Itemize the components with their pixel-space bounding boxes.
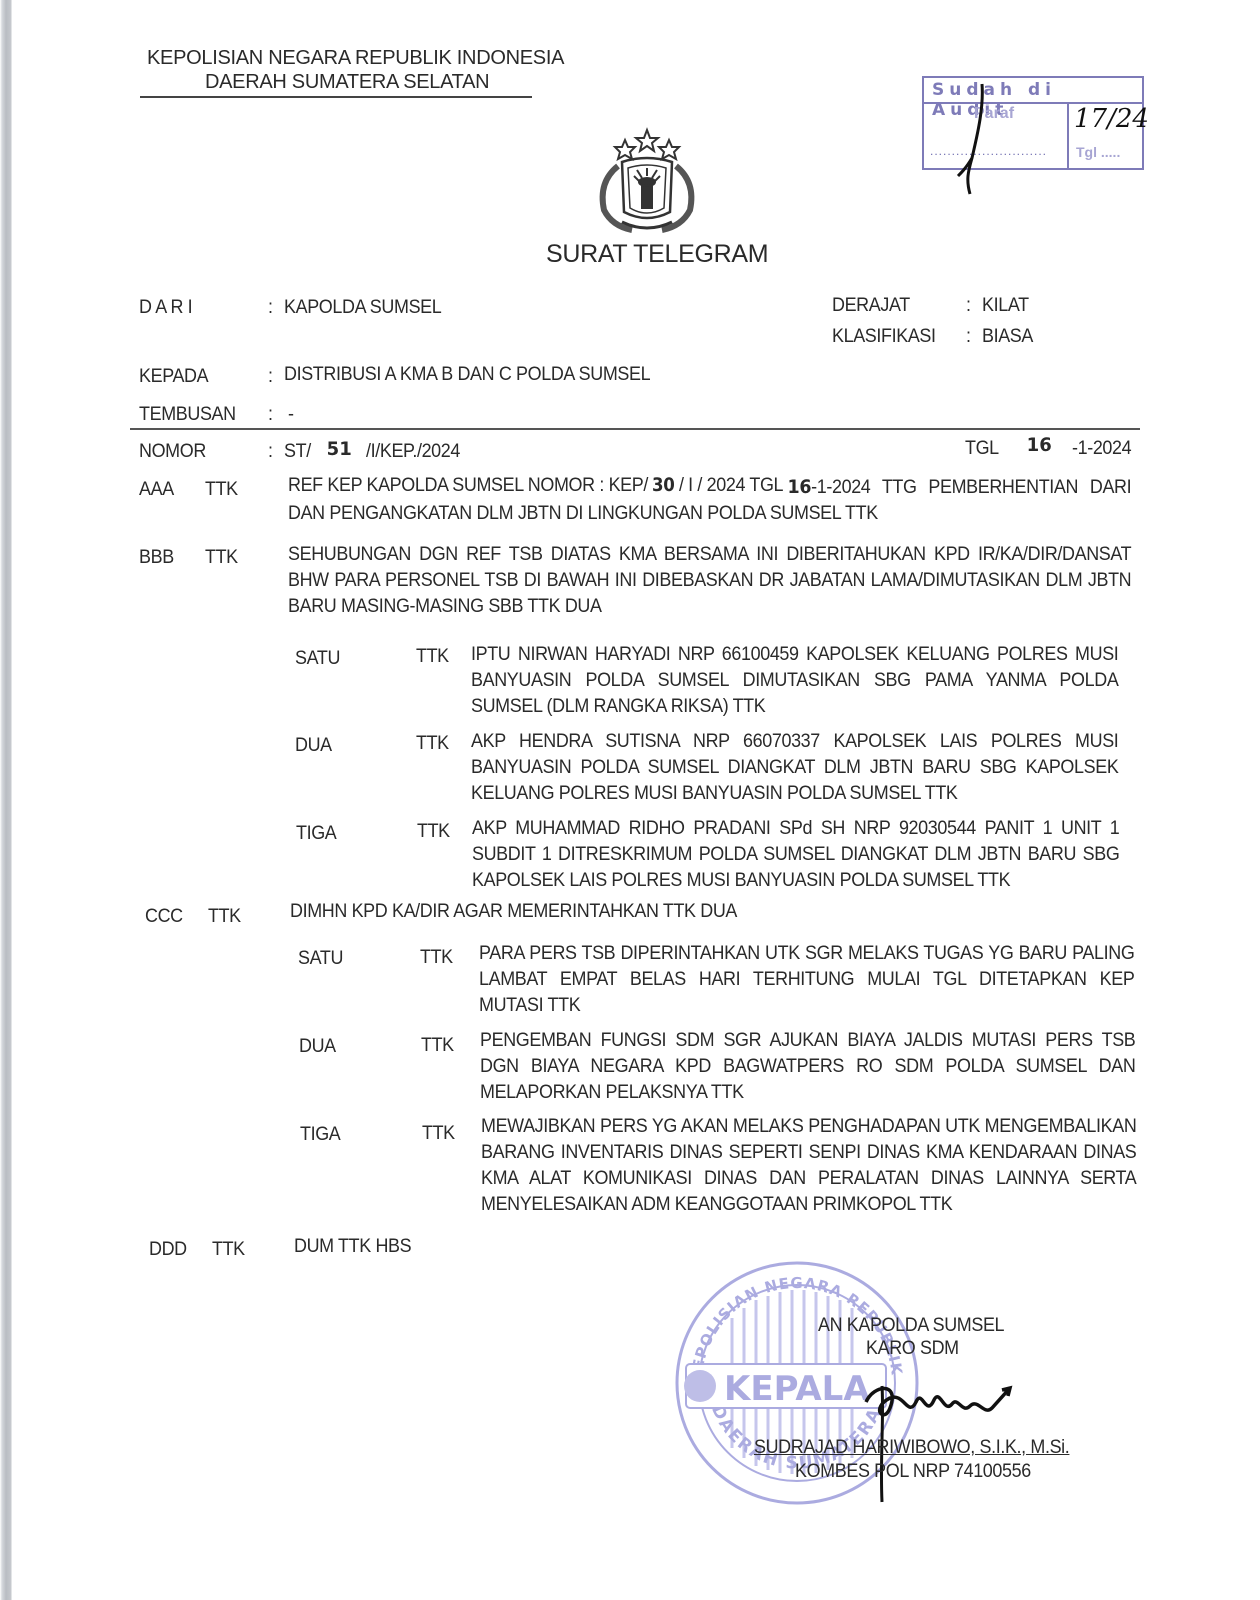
ccc-label: CCC <box>145 905 183 928</box>
derajat-label: DERAJAT <box>832 294 910 317</box>
bbb-text: SEHUBUNGAN DGN REF TSB DIATAS KMA BERSAM… <box>288 541 1132 619</box>
bbb-item-2-label: DUA <box>295 734 332 757</box>
dari-label: D A R I <box>139 296 192 319</box>
derajat-sep: : <box>966 294 971 317</box>
bbb-item-1-label: SATU <box>295 647 340 670</box>
kepada-sep: : <box>268 365 273 388</box>
ddd-label: DDD <box>149 1238 187 1261</box>
dari-sep: : <box>268 296 273 319</box>
bbb-item-2-text: AKP HENDRA SUTISNA NRP 66070337 KAPOLSEK… <box>471 728 1119 806</box>
ccc-item-1-label: SATU <box>298 947 343 970</box>
signatory-name: SUDRAJAD HARIWIBOWO, S.I.K., M.Si. <box>754 1436 1069 1459</box>
ddd-text: DUM TTK HBS <box>294 1235 411 1258</box>
ccc-item-2-label: DUA <box>299 1035 336 1058</box>
audit-handwritten-date: 17/24 <box>1074 104 1149 134</box>
aaa-ttk: TTK <box>205 478 238 501</box>
dari-value: KAPOLDA SUMSEL <box>284 296 441 319</box>
nomor-prefix: ST/ <box>284 440 311 463</box>
audit-tgl-label: Tgl ..... <box>1076 144 1120 160</box>
bbb-ttk: TTK <box>205 546 238 569</box>
tembusan-sep: : <box>268 403 273 426</box>
klasifikasi-sep: : <box>966 325 971 348</box>
bbb-item-1-text: IPTU NIRWAN HARYADI NRP 66100459 KAPOLSE… <box>471 641 1119 719</box>
tembusan-value: - <box>288 403 294 426</box>
sign-line-1: AN KAPOLDA SUMSEL <box>818 1314 1004 1337</box>
aaa-text: 16-1-2024 TTG PEMBERHENTIAN DARI DAN PEN… <box>288 474 1132 526</box>
aaa-tgl-day: 16 <box>788 476 812 498</box>
bbb-item-3-text: AKP MUHAMMAD RIDHO PRADANI SPd SH NRP 92… <box>472 815 1120 893</box>
ccc-item-1-text: PARA PERS TSB DIPERINTAHKAN UTK SGR MELA… <box>479 940 1135 1018</box>
nomor-label: NOMOR <box>139 440 206 463</box>
aaa-text-post: -1-2024 TTG PEMBERHENTIAN DARI DAN PENGA… <box>288 476 1131 524</box>
klasifikasi-label: KLASIFIKASI <box>832 325 936 348</box>
bbb-label: BBB <box>139 546 174 569</box>
tgl-rest: -1-2024 <box>1072 437 1131 460</box>
signatory-rank: KOMBES POL NRP 74100556 <box>795 1460 1031 1483</box>
doc-title: SURAT TELEGRAM <box>546 240 768 269</box>
bbb-item-3-ttk: TTK <box>417 820 450 843</box>
bbb-item-1-ttk: TTK <box>416 645 449 668</box>
ccc-item-3-label: TIGA <box>300 1123 340 1146</box>
klasifikasi-value: BIASA <box>982 325 1033 348</box>
paraf-signature-icon <box>954 80 994 200</box>
police-crest-icon <box>582 126 712 238</box>
ccc-item-3-ttk: TTK <box>422 1122 455 1145</box>
tembusan-label: TEMBUSAN <box>139 403 236 426</box>
letterhead-rule <box>140 96 532 98</box>
ccc-item-3-text: MEWAJIBKAN PERS YG AKAN MELAKS PENGHADAP… <box>481 1113 1137 1217</box>
aaa-label: AAA <box>139 478 174 501</box>
meta-rule <box>130 428 1140 430</box>
audit-stamp: Sudah di Audit Paraf ...................… <box>922 76 1144 170</box>
tgl-label: TGL <box>965 437 999 460</box>
kepada-value: DISTRIBUSI A KMA B DAN C POLDA SUMSEL <box>284 363 650 386</box>
tgl-day-handwritten: 16 <box>1027 434 1052 456</box>
audit-stamp-column-divider <box>1067 104 1069 168</box>
ccc-item-2-ttk: TTK <box>421 1034 454 1057</box>
ccc-text: DIMHN KPD KA/DIR AGAR MEMERINTAHKAN TTK … <box>290 900 737 923</box>
derajat-value: KILAT <box>982 294 1029 317</box>
bbb-item-2-ttk: TTK <box>416 732 449 755</box>
nomor-sep: : <box>268 440 273 463</box>
ccc-item-1-ttk: TTK <box>420 946 453 969</box>
nomor-number-handwritten: 51 <box>327 438 352 460</box>
ddd-ttk: TTK <box>212 1238 245 1261</box>
org-line-1: KEPOLISIAN NEGARA REPUBLIK INDONESIA <box>147 47 564 70</box>
page-edge <box>0 0 12 1600</box>
ccc-ttk: TTK <box>208 905 241 928</box>
kepada-label: KEPADA <box>139 365 208 388</box>
ccc-item-2-text: PENGEMBAN FUNGSI SDM SGR AJUKAN BIAYA JA… <box>480 1027 1136 1105</box>
sign-line-2: KARO SDM <box>866 1337 959 1360</box>
org-line-2: DAERAH SUMATERA SELATAN <box>205 71 489 94</box>
bbb-item-3-label: TIGA <box>296 822 336 845</box>
nomor-suffix: /I/KEP./2024 <box>366 440 460 463</box>
svg-text:KEPALA: KEPALA <box>724 1369 870 1409</box>
